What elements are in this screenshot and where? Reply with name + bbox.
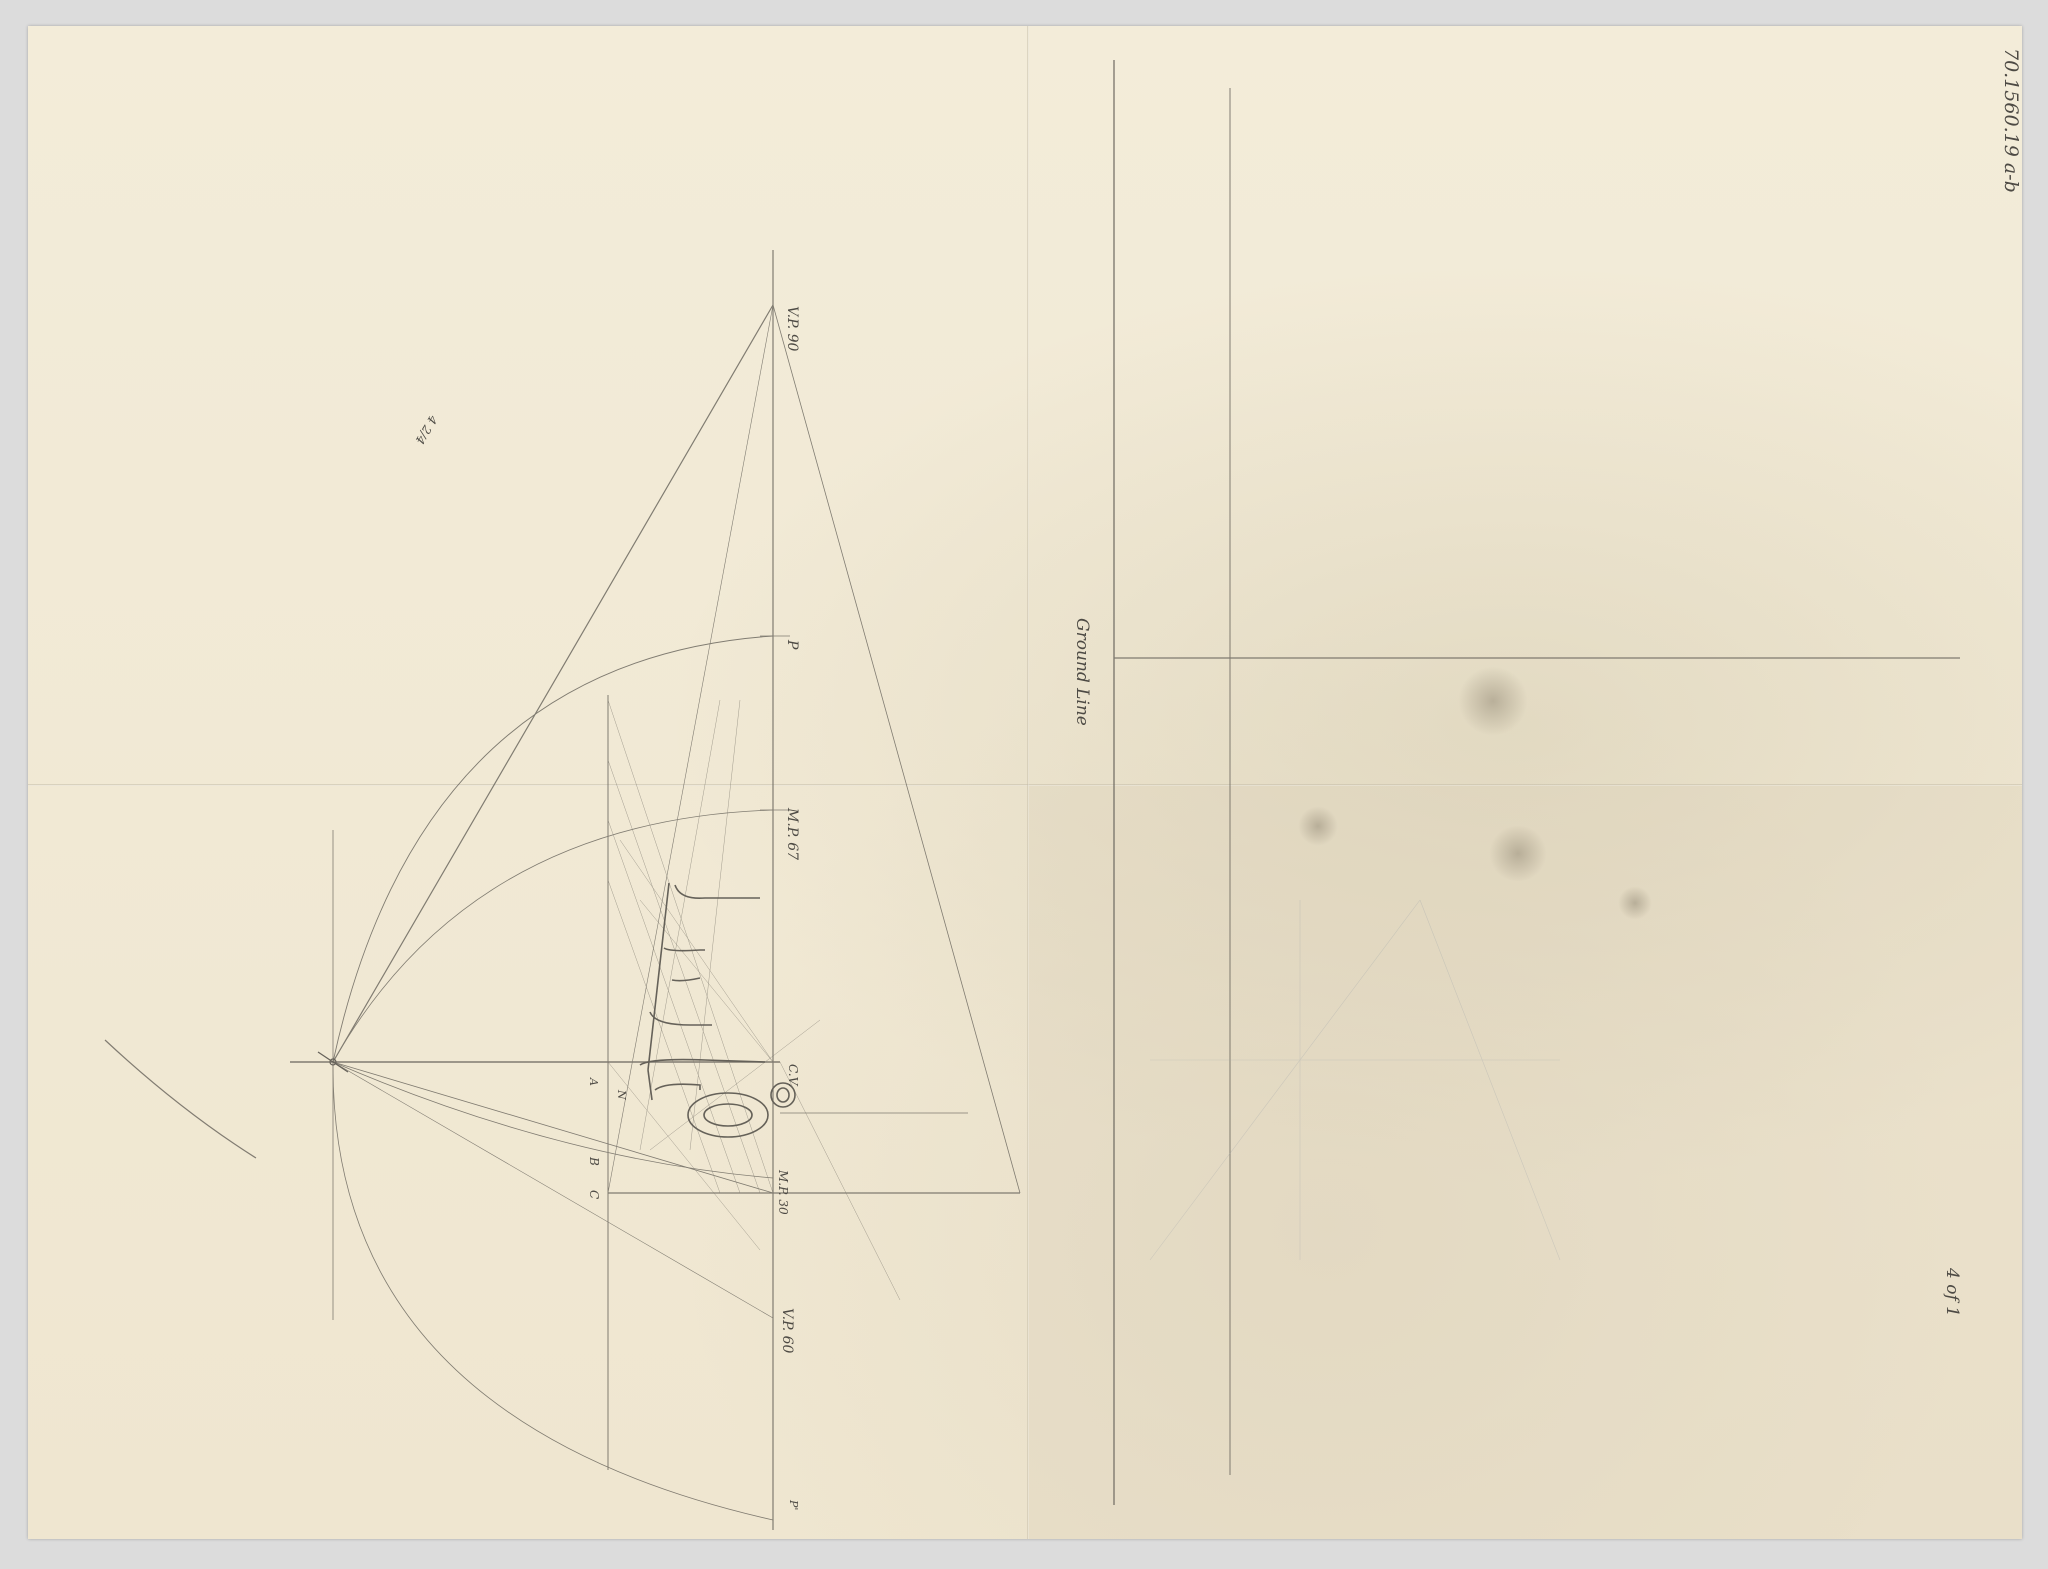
accession-number: 70.1560.19 a-b (2000, 48, 2022, 193)
label-cv: C.V. (786, 1064, 800, 1087)
label-p-prime: P' (787, 1500, 800, 1510)
arc-lower (333, 1062, 773, 1520)
label-vp-bottom: V.P. 60 (779, 1308, 795, 1353)
label-mp-67: M.P. 67 (784, 808, 800, 860)
label-a: A (587, 1078, 600, 1086)
label-b: B (587, 1157, 601, 1166)
moulding-profile-sketch (640, 883, 795, 1137)
page-mark: 4 of 1 (1942, 1268, 1962, 1317)
label-n: N (615, 1090, 628, 1100)
ground-line-label: Ground Line (1072, 618, 1092, 726)
label-c: C (587, 1190, 601, 1199)
label-mp-30: M.P. 30 (776, 1170, 790, 1215)
ray-to-vp-top (333, 305, 773, 1062)
arc-outer-fragment (105, 1040, 256, 1158)
label-p: P (784, 640, 800, 649)
label-vp-top: V.P. 90 (784, 306, 800, 351)
perspective-construction-drawing (0, 0, 2048, 1569)
